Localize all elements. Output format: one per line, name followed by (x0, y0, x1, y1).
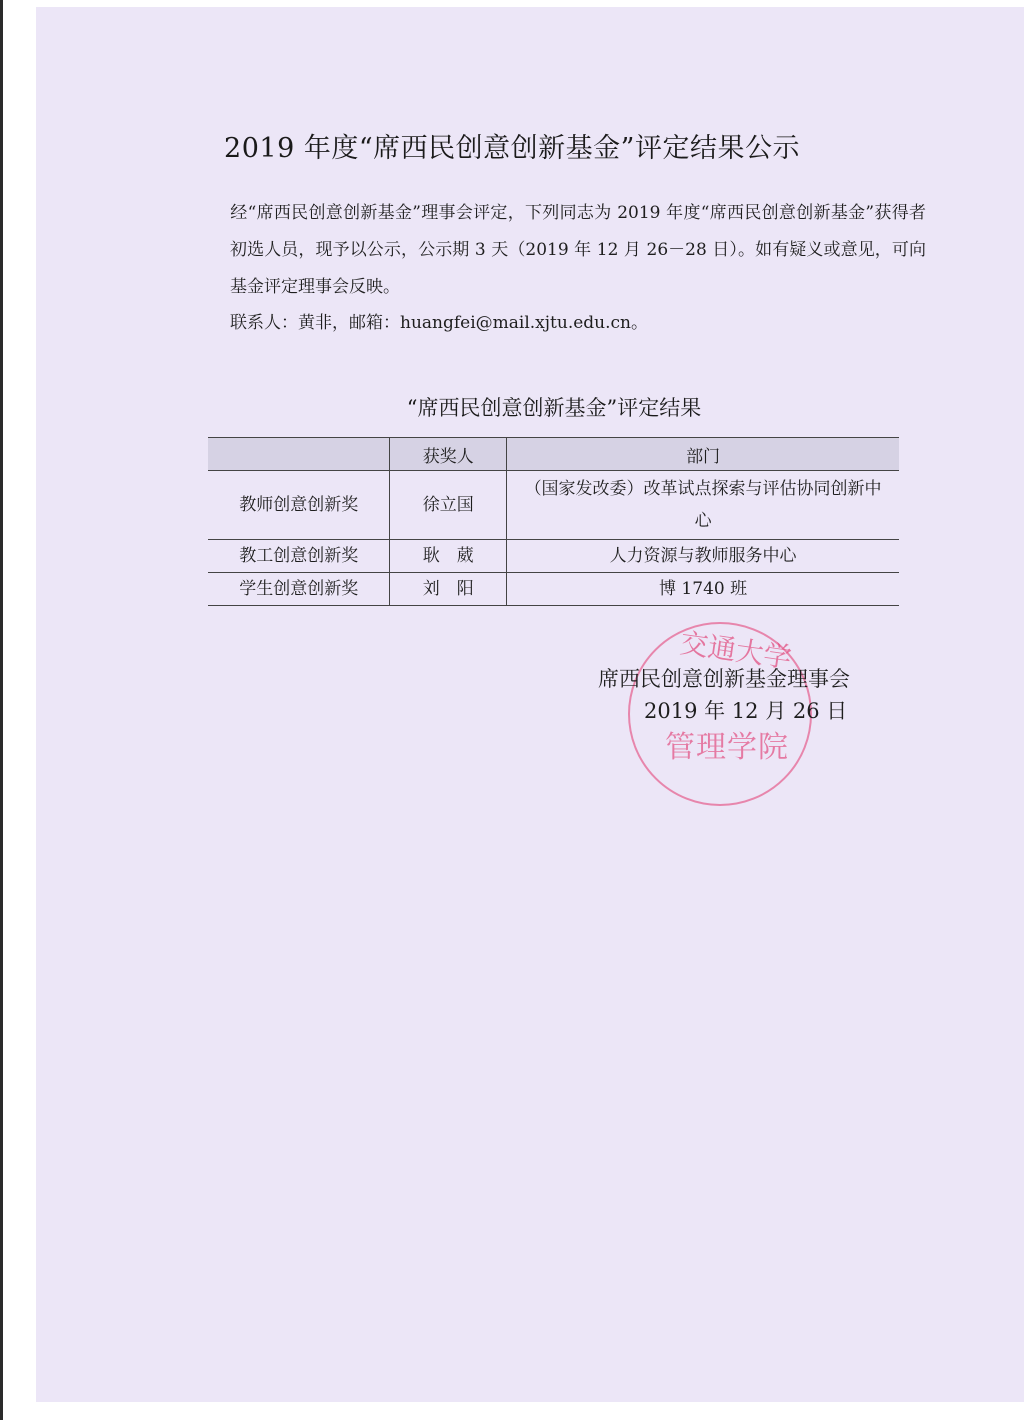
signature-organization: 席西民创意创新基金理事会 (598, 663, 888, 695)
table-row: 教师创意创新奖 徐立国 （国家发改委）改革试点探索与评估协同创新中心 (208, 471, 899, 540)
scan-edge (0, 0, 3, 1420)
department-cell: （国家发改委）改革试点探索与评估协同创新中心 (507, 471, 899, 540)
winner-cell: 刘 阳 (390, 573, 507, 606)
table-title: “席西民创意创新基金”评定结果 (0, 392, 1024, 422)
department-cell: 人力资源与教师服务中心 (507, 540, 899, 573)
announcement-text: 经“席西民创意创新基金”理事会评定，下列同志为 2019 年度“席西民创意创新基… (230, 203, 926, 297)
table-row: 教工创意创新奖 耿 葳 人力资源与教师服务中心 (208, 540, 899, 573)
department-cell: 博 1740 班 (507, 573, 899, 606)
winner-cell: 耿 葳 (390, 540, 507, 573)
document-title: 2019 年度“席西民创意创新基金”评定结果公示 (0, 126, 1024, 165)
announcement-paragraph: 经“席西民创意创新基金”理事会评定，下列同志为 2019 年度“席西民创意创新基… (230, 195, 926, 306)
header-award (208, 438, 390, 471)
table-row: 学生创意创新奖 刘 阳 博 1740 班 (208, 573, 899, 606)
award-cell: 学生创意创新奖 (208, 573, 390, 606)
award-cell: 教工创意创新奖 (208, 540, 390, 573)
award-cell: 教师创意创新奖 (208, 471, 390, 540)
signature-date: 2019 年 12 月 26 日 (598, 695, 888, 727)
header-winner: 获奖人 (390, 438, 507, 471)
header-department: 部门 (507, 438, 899, 471)
signature-block: 席西民创意创新基金理事会 2019 年 12 月 26 日 (598, 663, 888, 727)
table-header-row: 获奖人 部门 (208, 438, 899, 471)
results-table: 获奖人 部门 教师创意创新奖 徐立国 （国家发改委）改革试点探索与评估协同创新中… (208, 437, 899, 606)
contact-line: 联系人：黄非，邮箱：huangfei@mail.xjtu.edu.cn。 (230, 308, 648, 333)
winner-cell: 徐立国 (390, 471, 507, 540)
